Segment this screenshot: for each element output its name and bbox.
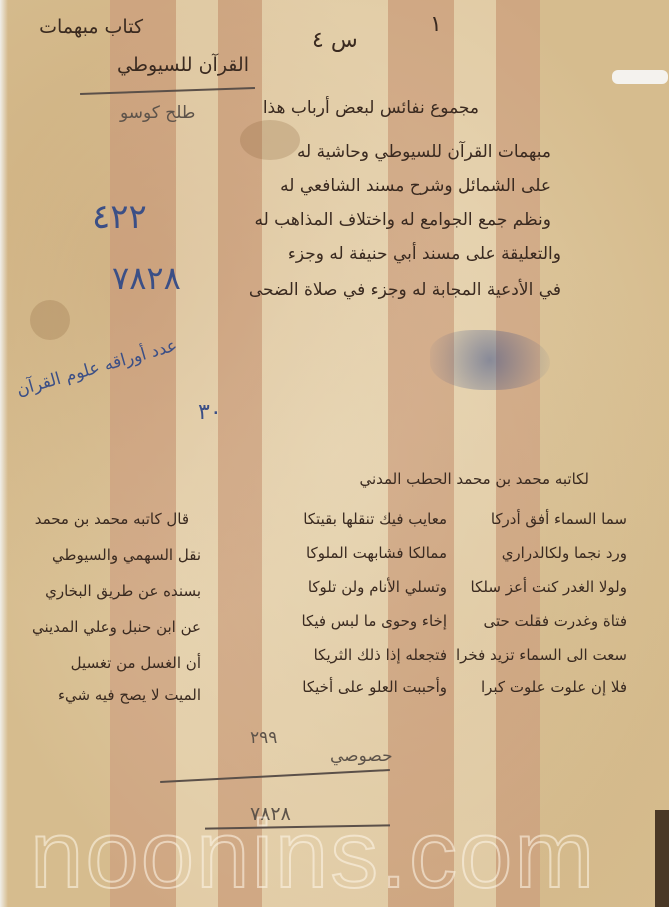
page-tear xyxy=(612,70,668,84)
poem-verse-right: سما السماء أفق أدركا xyxy=(491,512,627,527)
poem-verse-left: ممالكا فشابهت الملوكا xyxy=(306,546,447,561)
poem-verse-right: ورد نجما ولكالدراري xyxy=(502,546,627,561)
owner-note: طلح كوسو xyxy=(120,105,195,122)
poem-verse-right: فلا إن علوت علوت كبرا xyxy=(481,680,627,695)
side-note-line: بسنده عن طريق البخاري xyxy=(45,584,201,599)
page-tear xyxy=(655,810,669,907)
stain xyxy=(240,120,300,160)
pencil-label: حصوصي xyxy=(330,748,393,765)
poem-verse-left: إخاء وحوى ما لبس فيكا xyxy=(301,614,447,629)
pencil-number-1: ٢٩٩ xyxy=(250,730,277,747)
watermark-stripe xyxy=(454,0,496,907)
poem-verse-left: وأحببت العلو على أخيكا xyxy=(302,680,447,695)
poem-verse-right: سعت الى السماء تزيد فخرا xyxy=(456,648,627,663)
contents-line: مبهمات القرآن للسيوطي وحاشية له xyxy=(297,144,551,161)
manuscript-page: كتاب مبهمات القرآن للسيوطي ١ س ٤ طلح كوس… xyxy=(0,0,669,907)
watermark-stripe xyxy=(176,0,218,907)
side-note-line: عن ابن حنبل وعلي المديني xyxy=(32,620,201,635)
side-note-line: قال كاتبه محمد بن محمد xyxy=(35,512,189,527)
page-number: ١ xyxy=(430,14,442,36)
poem-verse-left: معايب فيك تنقلها بقيتكا xyxy=(303,512,447,527)
side-note-line: أن الغسل من تغسيل xyxy=(71,656,201,671)
watermark-stripe xyxy=(496,0,540,907)
contents-line: على الشمائل وشرح مسند الشافعي له xyxy=(280,178,551,195)
site-watermark: noonins.com xyxy=(30,800,596,907)
poem-verse-left: وتسلي الأنام ولن تلوكا xyxy=(308,580,447,595)
side-note-line: نقل السهمي والسيوطي xyxy=(52,548,201,563)
poem-verse-left: فتجعله إذا ذلك الثريكا xyxy=(314,648,447,663)
blue-number-1: ٤٢٢ xyxy=(92,200,147,234)
blue-number-2: ٧٨٢٨ xyxy=(112,262,181,294)
stain xyxy=(30,300,70,340)
side-note-line: الميت لا يصح فيه شيء xyxy=(58,688,201,703)
watermark-stripe xyxy=(110,0,176,907)
contents-line: في الأدعية المجابة له وجزء في صلاة الضحى xyxy=(249,282,561,299)
contents-heading: مجموع نفائس لبعض أرباب هذا xyxy=(263,100,479,117)
poem-verse-right: فتاة وغدرت فقلت حتى xyxy=(483,614,627,629)
title-line-2: القرآن للسيوطي xyxy=(117,56,249,75)
title-line-1: كتاب مبهمات xyxy=(39,18,143,37)
poem-author-line: لكاتبه محمد بن محمد الحطب المدني xyxy=(359,472,589,487)
page-edge xyxy=(0,0,8,907)
contents-line: والتعليقة على مسند أبي حنيفة له وجزء xyxy=(288,246,561,263)
folio-mark: س ٤ xyxy=(312,30,358,52)
contents-line: ونظم جمع الجوامع له واختلاف المذاهب له xyxy=(254,212,551,229)
watermark-stripe xyxy=(388,0,454,907)
sheet-count: ٣٠ xyxy=(198,402,222,424)
poem-verse-right: ولولا الغدر كنت أعز سلكا xyxy=(471,580,627,595)
